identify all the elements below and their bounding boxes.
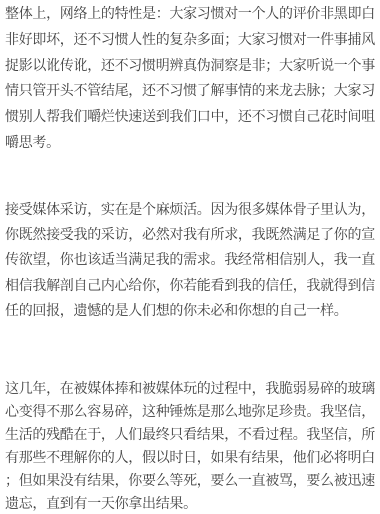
text-line: ；但如果没有结果，你要么等死，要么一直被骂，要么被迅速 xyxy=(5,469,377,492)
paragraph-3: 这几年，在被媒体捧和被媒体玩的过程中，我脆弱易碎的玻璃心变得不那么容易碎，这种锤… xyxy=(5,377,377,514)
text-line: 传欲望，你也该适当满足我的需求。我经常相信别人，我一直 xyxy=(5,247,377,272)
text-line: 惯别人帮我们嚼烂快速送到我们口中，还不习惯自己花时间咀 xyxy=(5,104,377,130)
document-body: 整体上，网络上的特性是：大家习惯对一个人的评价非黑即白非好即坏，还不习惯人性的复… xyxy=(0,0,380,514)
text-line: 情只管开头不管结尾，还不习惯了解事情的来龙去脉；大家习 xyxy=(5,78,377,104)
text-line: 整体上，网络上的特性是：大家习惯对一个人的评价非黑即白 xyxy=(5,1,377,27)
text-line: 你既然接受我的采访，必然对我有所求，我既然满足了你的宣 xyxy=(5,222,377,247)
text-line: 遗忘，直到有一天你拿出结果。 xyxy=(5,492,377,514)
text-line: 接受媒体采访，实在是个麻烦活。因为很多媒体骨子里认为， xyxy=(5,197,377,222)
paragraph-1: 整体上，网络上的特性是：大家习惯对一个人的评价非黑即白非好即坏，还不习惯人性的复… xyxy=(5,1,377,156)
text-line: 任的回报，遗憾的是人们想的你未必和你想的自己一样。 xyxy=(5,298,377,323)
text-line: 生活的残酷在于，人们最终只看结果，不看过程。我坚信，所 xyxy=(5,423,377,446)
text-line: 相信我解剖自己内心给你，你若能看到我的信任，我就得到信 xyxy=(5,273,377,298)
text-line: 有那些不理解你的人，假以时日，如果有结果，他们必将明白 xyxy=(5,446,377,469)
text-line: 捉影以讹传讹，还不习惯明辨真伪洞察是非；大家听说一个事 xyxy=(5,53,377,79)
text-line: 非好即坏，还不习惯人性的复杂多面；大家习惯对一件事捕风 xyxy=(5,27,377,53)
text-line: 嚼思考。 xyxy=(5,130,377,156)
text-line: 心变得不那么容易碎，这种锤炼是那么地弥足珍贵。我坚信， xyxy=(5,400,377,423)
paragraph-2: 接受媒体采访，实在是个麻烦活。因为很多媒体骨子里认为，你既然接受我的采访，必然对… xyxy=(5,197,377,323)
text-line: 这几年，在被媒体捧和被媒体玩的过程中，我脆弱易碎的玻璃 xyxy=(5,377,377,400)
